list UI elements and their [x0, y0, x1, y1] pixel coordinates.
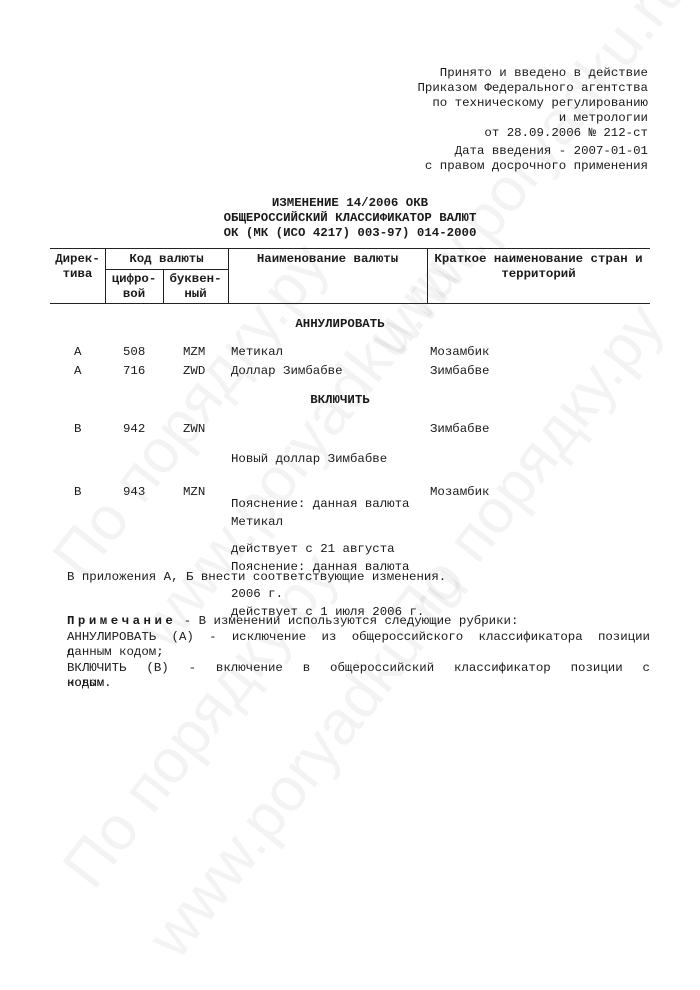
table-header-bottom-rule: [50, 303, 650, 304]
currency-name-line: Новый доллар Зимбабве: [231, 452, 409, 467]
note-heading: Примечание - В изменении используются сл…: [67, 614, 518, 629]
header-country-line2: территорий: [427, 267, 650, 282]
note-intro: - В изменении используются следующие руб…: [176, 614, 518, 628]
currency-name-line: Метикал: [231, 515, 424, 530]
header-numeric-line1: цифро-: [105, 272, 163, 287]
cell-numeric-code: 943: [123, 485, 145, 500]
header-alpha-line2: ный: [163, 287, 228, 302]
cell-alpha-code: ZWD: [183, 364, 205, 379]
approval-block: Принято и введено в действие Приказом Фе…: [417, 66, 648, 141]
header-country: Краткое наименование стран и территорий: [427, 252, 650, 282]
note-label: Примечание: [67, 614, 176, 628]
note-cancel-definition-cont: данным кодом;: [67, 645, 164, 660]
approval-line: Приказом Федерального агентства: [417, 81, 648, 96]
approval-order-number: от 28.09.2006 № 212-ст: [417, 126, 648, 141]
document-page: Принято и введено в действие Приказом Фе…: [0, 0, 700, 990]
cell-numeric-code: 716: [123, 364, 145, 379]
approval-line: Принято и введено в действие: [417, 66, 648, 81]
table-top-rule: [50, 248, 650, 249]
code-subheader-rule: [105, 269, 228, 270]
cell-country: Мозамбик: [430, 485, 490, 500]
header-alpha-line1: буквен-: [163, 272, 228, 287]
cell-country: Зимбабве: [430, 364, 490, 379]
cell-directive: В: [74, 485, 81, 500]
approval-line: по техническому регулированию: [417, 96, 648, 111]
cell-directive: А: [74, 364, 81, 379]
note-include-definition-cont: кодом.: [67, 676, 112, 691]
header-currency-code: Код валюты: [105, 252, 228, 267]
document-code: ОК (МК (ИСО 4217) 003-97) 014-2000: [0, 226, 700, 241]
header-currency-name: Наименование валюты: [228, 252, 427, 267]
cell-alpha-code: MZM: [183, 345, 205, 360]
effective-date: Дата введения - 2007-01-01: [425, 144, 648, 159]
approval-line: и метрологии: [417, 111, 648, 126]
effective-date-block: Дата введения - 2007-01-01 с правом доср…: [425, 144, 648, 174]
header-numeric-line2: вой: [105, 287, 163, 302]
appendix-instruction: В приложения А, Б внести соответствующие…: [67, 570, 446, 585]
cell-country: Зимбабве: [430, 422, 490, 437]
cell-currency-name: Метикал: [231, 345, 283, 360]
note-include-definition: ВКЛЮЧИТЬ (В) - включение в общероссийски…: [67, 661, 650, 691]
section-title-include: ВКЛЮЧИТЬ: [0, 393, 680, 408]
cell-numeric-code: 508: [123, 345, 145, 360]
header-directive: Дирек- тива: [50, 252, 105, 282]
cell-directive: А: [74, 345, 81, 360]
header-directive-line2: тива: [50, 267, 105, 282]
document-subtitle: ОБЩЕРОССИЙСКИЙ КЛАССИФИКАТОР ВАЛЮТ: [0, 211, 700, 226]
cell-country: Мозамбик: [430, 345, 490, 360]
early-application: с правом досрочного применения: [425, 159, 648, 174]
cell-alpha-code: MZN: [183, 485, 205, 500]
header-alpha-code: буквен- ный: [163, 272, 228, 302]
cell-alpha-code: ZWN: [183, 422, 205, 437]
cell-directive: В: [74, 422, 81, 437]
header-country-line1: Краткое наименование стран и: [427, 252, 650, 267]
document-title: ИЗМЕНЕНИЕ 14/2006 ОКВ: [0, 196, 700, 211]
cell-currency-name: Доллар Зимбабве: [231, 364, 343, 379]
header-directive-line1: Дирек-: [50, 252, 105, 267]
header-numeric-code: цифро- вой: [105, 272, 163, 302]
section-title-cancel: АННУЛИРОВАТЬ: [0, 317, 680, 332]
cell-numeric-code: 942: [123, 422, 145, 437]
